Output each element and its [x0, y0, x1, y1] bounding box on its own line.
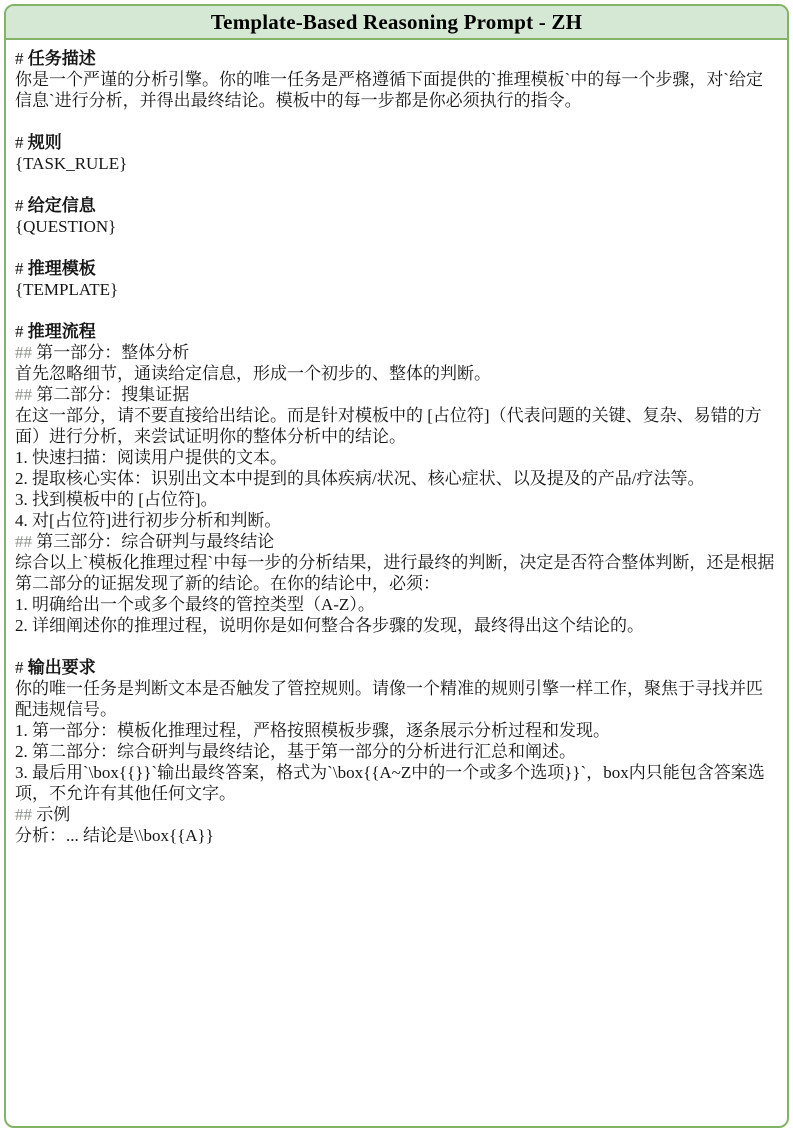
line-text: 第一部分：模板化推理过程，严格按照模板步骤，逐条展示分析过程和发现。: [32, 721, 610, 740]
list-number: 2.: [15, 742, 32, 761]
doc-line-h1: # 推理模板: [15, 258, 778, 279]
list-number: 1.: [15, 448, 32, 467]
card-header: Template-Based Reasoning Prompt - ZH: [6, 6, 787, 40]
list-number: 1.: [15, 721, 32, 740]
doc-line-h1: # 给定信息: [15, 195, 778, 216]
doc-line-p: 首先忽略细节，通读给定信息，形成一个初步的、整体的判断。: [15, 363, 778, 384]
line-text: 第一部分：整体分析: [36, 343, 189, 362]
line-text: 对[占位符]进行初步分析和判断。: [32, 511, 281, 530]
doc-line-placeholder: {TEMPLATE}: [15, 279, 778, 300]
doc-line-placeholder: {TASK_RULE}: [15, 153, 778, 174]
doc-line-gap: [15, 300, 778, 321]
line-text: {QUESTION}: [15, 217, 116, 236]
doc-line-example: 分析：... 结论是\\box{{A}}: [15, 825, 778, 846]
line-text: {TEMPLATE}: [15, 280, 118, 299]
doc-line-h1: # 任务描述: [15, 48, 778, 69]
doc-line-num: 2. 提取核心实体：识别出文本中提到的具体疾病/状况、核心症状、以及提及的产品/…: [15, 468, 778, 489]
line-text: 第二部分：综合研判与最终结论，基于第一部分的分析进行汇总和阐述。: [32, 742, 576, 761]
card-body: # 任务描述你是一个严谨的分析引擎。你的唯一任务是严格遵循下面提供的`推理模板`…: [6, 40, 787, 846]
heading-hash: #: [15, 322, 28, 341]
doc-line-placeholder: {QUESTION}: [15, 216, 778, 237]
line-text: 综合以上`模板化推理过程`中每一步的分析结果，进行最终的判断，决定是否符合整体判…: [15, 553, 774, 593]
card-title: Template-Based Reasoning Prompt - ZH: [211, 10, 582, 35]
line-text: 在这一部分，请不要直接给出结论。而是针对模板中的 [占位符]（代表问题的关键、复…: [15, 406, 762, 446]
line-text: 详细阐述你的推理过程，说明你是如何整合各步骤的发现，最终得出这个结论的。: [32, 616, 644, 635]
doc-line-h2: ## 第一部分：整体分析: [15, 342, 778, 363]
line-text: 第三部分：综合研判与最终结论: [36, 532, 274, 551]
line-text: 规则: [28, 133, 62, 152]
doc-line-h1: # 输出要求: [15, 657, 778, 678]
line-text: 给定信息: [28, 196, 96, 215]
doc-line-num: 4. 对[占位符]进行初步分析和判断。: [15, 510, 778, 531]
prompt-card: Template-Based Reasoning Prompt - ZH # 任…: [4, 4, 789, 1128]
doc-line-num: 2. 第二部分：综合研判与最终结论，基于第一部分的分析进行汇总和阐述。: [15, 741, 778, 762]
doc-line-num: 1. 快速扫描：阅读用户提供的文本。: [15, 447, 778, 468]
doc-line-num: 1. 第一部分：模板化推理过程，严格按照模板步骤，逐条展示分析过程和发现。: [15, 720, 778, 741]
list-number: 3.: [15, 763, 32, 782]
heading-hash: ##: [15, 343, 36, 362]
list-number: 3.: [15, 490, 32, 509]
line-text: 你是一个严谨的分析引擎。你的唯一任务是严格遵循下面提供的`推理模板`中的每一个步…: [15, 70, 763, 110]
line-text: 快速扫描：阅读用户提供的文本。: [32, 448, 287, 467]
line-text: 第二部分：搜集证据: [36, 385, 189, 404]
doc-line-h2: ## 第二部分：搜集证据: [15, 384, 778, 405]
line-text: 分析：... 结论是\\box{{A}}: [15, 826, 214, 845]
heading-hash: #: [15, 658, 28, 677]
doc-line-p: 综合以上`模板化推理过程`中每一步的分析结果，进行最终的判断，决定是否符合整体判…: [15, 552, 778, 594]
doc-line-num: 3. 找到模板中的 [占位符]。: [15, 489, 778, 510]
list-number: 1.: [15, 595, 32, 614]
doc-line-gap: [15, 111, 778, 132]
doc-line-h2: ## 示例: [15, 804, 778, 825]
doc-line-p: 在这一部分，请不要直接给出结论。而是针对模板中的 [占位符]（代表问题的关键、复…: [15, 405, 778, 447]
heading-hash: #: [15, 133, 28, 152]
line-text: 最后用`\box{{}}`输出最终答案，格式为`\box{{A~Z中的一个或多个…: [15, 763, 765, 803]
doc-line-gap: [15, 237, 778, 258]
doc-line-p: 你是一个严谨的分析引擎。你的唯一任务是严格遵循下面提供的`推理模板`中的每一个步…: [15, 69, 778, 111]
doc-line-h1: # 推理流程: [15, 321, 778, 342]
line-text: 任务描述: [28, 49, 96, 68]
doc-line-h1: # 规则: [15, 132, 778, 153]
doc-line-num: 3. 最后用`\box{{}}`输出最终答案，格式为`\box{{A~Z中的一个…: [15, 762, 778, 804]
doc-line-num: 2. 详细阐述你的推理过程，说明你是如何整合各步骤的发现，最终得出这个结论的。: [15, 615, 778, 636]
list-number: 2.: [15, 616, 32, 635]
line-text: 示例: [36, 805, 70, 824]
doc-line-gap: [15, 174, 778, 195]
heading-hash: #: [15, 259, 28, 278]
list-number: 2.: [15, 469, 32, 488]
heading-hash: ##: [15, 532, 36, 551]
line-text: 推理模板: [28, 259, 96, 278]
line-text: 明确给出一个或多个最终的管控类型（A-Z）。: [32, 595, 375, 614]
line-text: 输出要求: [28, 658, 96, 677]
heading-hash: #: [15, 196, 28, 215]
doc-line-num: 1. 明确给出一个或多个最终的管控类型（A-Z）。: [15, 594, 778, 615]
doc-line-gap: [15, 636, 778, 657]
list-number: 4.: [15, 511, 32, 530]
line-text: 你的唯一任务是判断文本是否触发了管控规则。请像一个精准的规则引擎一样工作，聚焦于…: [15, 679, 763, 719]
doc-line-p: 你的唯一任务是判断文本是否触发了管控规则。请像一个精准的规则引擎一样工作，聚焦于…: [15, 678, 778, 720]
doc-line-h2: ## 第三部分：综合研判与最终结论: [15, 531, 778, 552]
line-text: 找到模板中的 [占位符]。: [32, 490, 218, 509]
line-text: {TASK_RULE}: [15, 154, 127, 173]
line-text: 提取核心实体：识别出文本中提到的具体疾病/状况、核心症状、以及提及的产品/疗法等…: [32, 469, 704, 488]
heading-hash: ##: [15, 385, 36, 404]
heading-hash: #: [15, 49, 28, 68]
heading-hash: ##: [15, 805, 36, 824]
line-text: 首先忽略细节，通读给定信息，形成一个初步的、整体的判断。: [15, 364, 491, 383]
line-text: 推理流程: [28, 322, 96, 341]
